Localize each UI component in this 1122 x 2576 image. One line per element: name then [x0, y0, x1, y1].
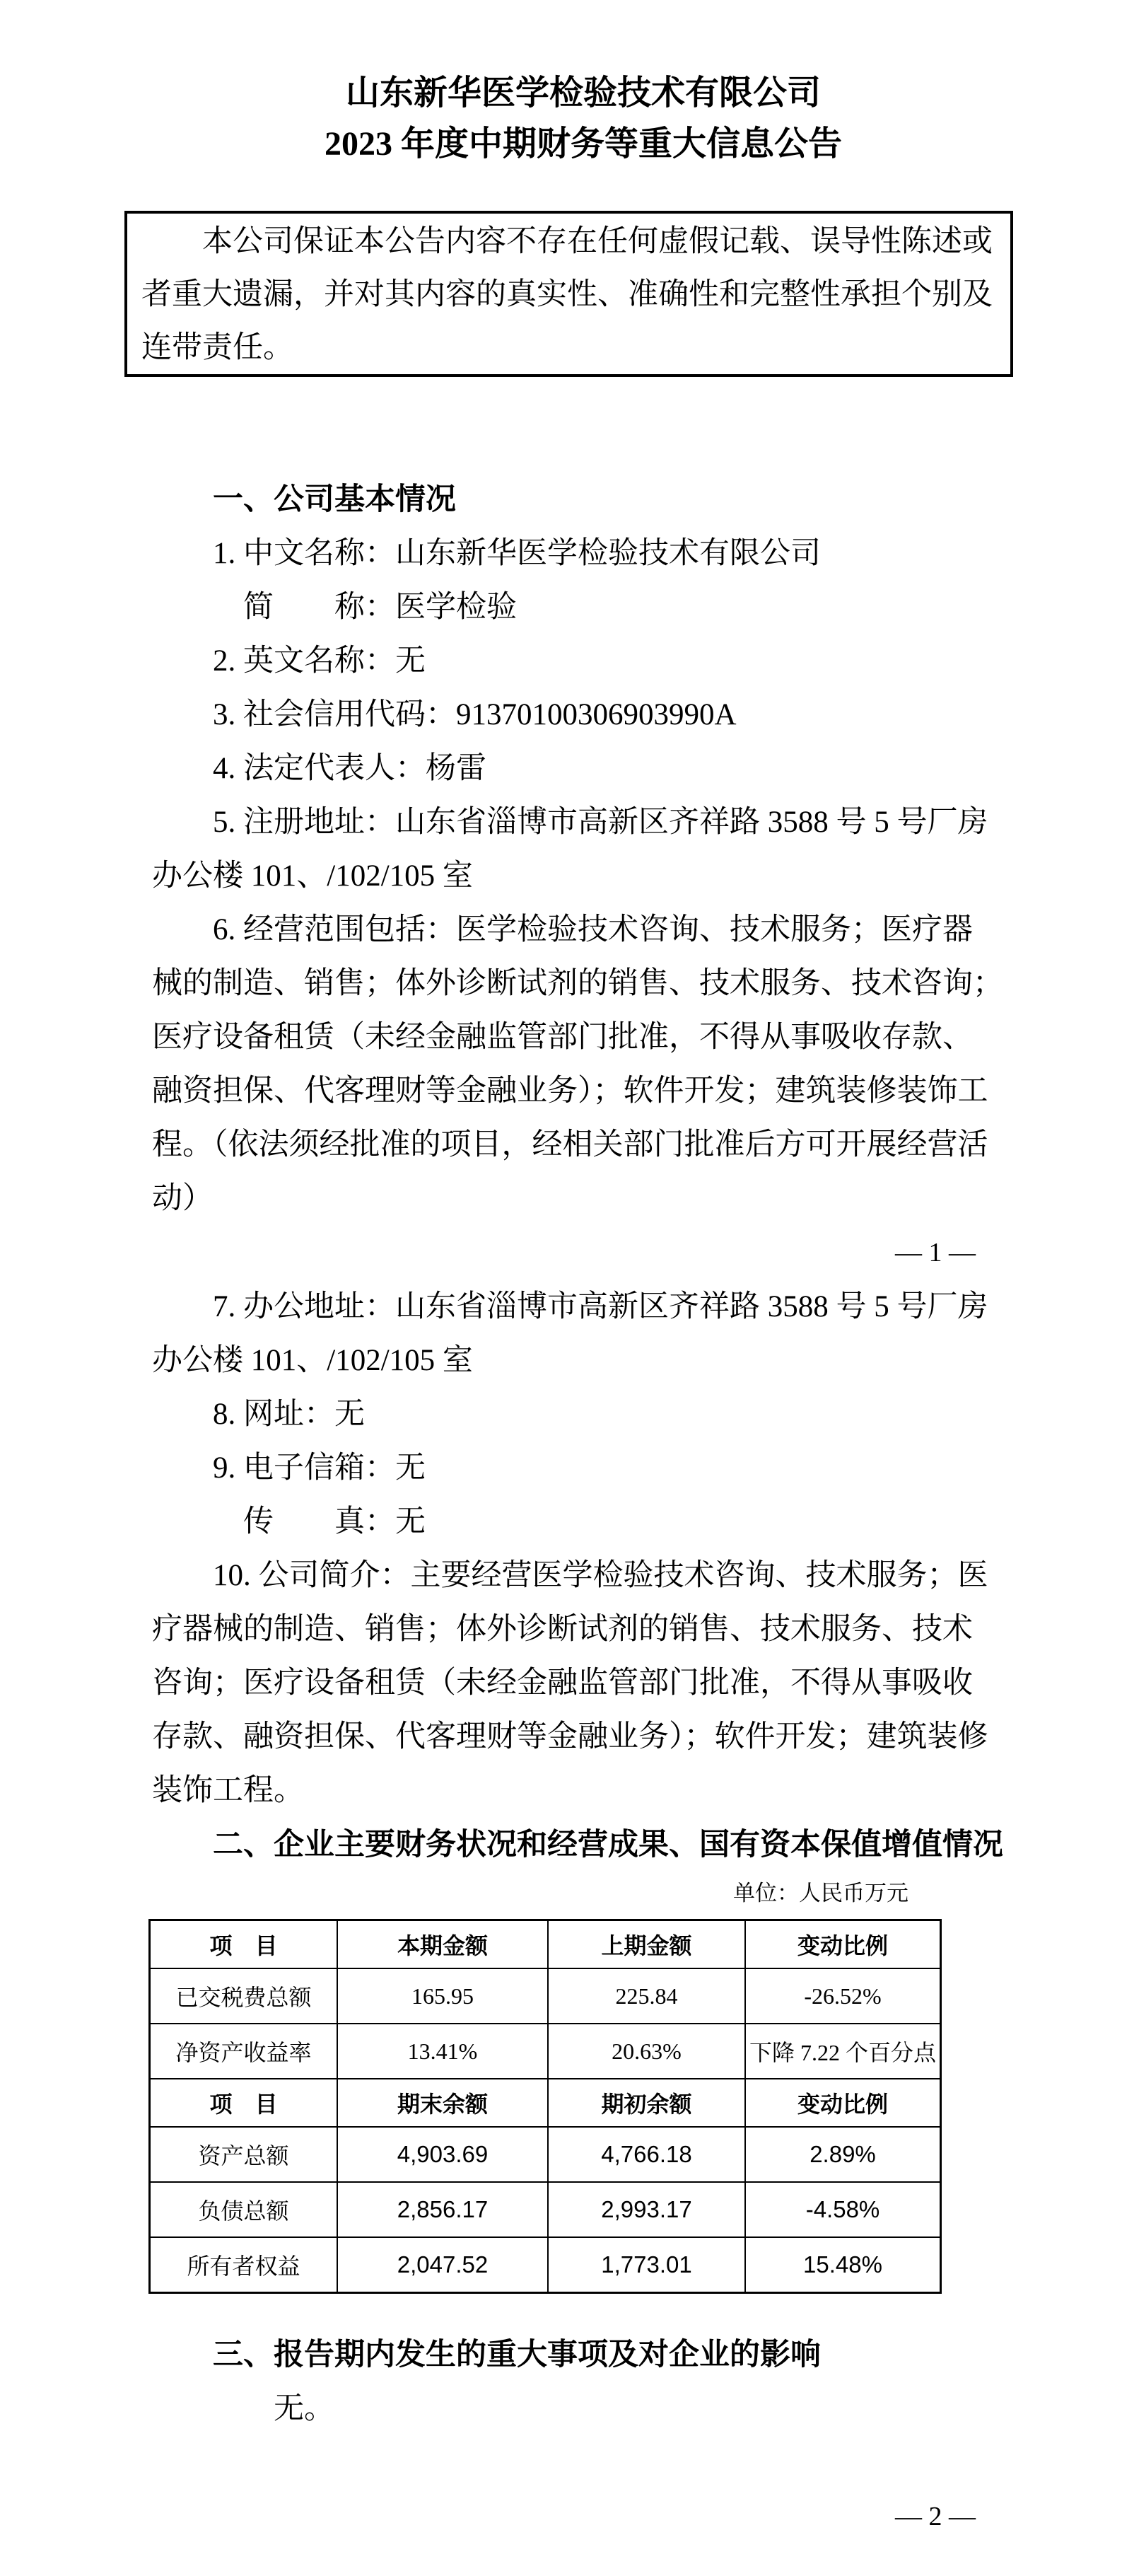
document-content: 山东新华医学检验技术有限公司 2023 年度中期财务等重大信息公告 本公司保证本…: [0, 0, 1122, 2544]
disclaimer-box: 本公司保证本公告内容不存在任何虚假记载、误导性陈述或者重大遗漏，并对其内容的真实…: [124, 211, 1013, 377]
table-cell: -4.58%: [744, 2183, 940, 2236]
text-line: 办公楼 101、/102/105 室: [152, 849, 1015, 903]
table-cell: 本期金额: [337, 1921, 547, 1968]
table-cell: -26.52%: [744, 1969, 940, 2023]
table-row: 项 目期末余额期初余额变动比例: [151, 2078, 940, 2126]
table-row: 负债总额2,856.172,993.17-4.58%: [151, 2181, 940, 2236]
text-line: 3. 社会信用代码：91370100306903990A: [152, 688, 1015, 742]
text-line: 械的制造、销售；体外诊断试剂的销售、技术服务、技术咨询；: [152, 957, 1015, 1011]
document-page: 山东新华医学检验技术有限公司 2023 年度中期财务等重大信息公告 本公司保证本…: [0, 0, 1122, 2576]
table-row: 已交税费总额165.95225.84-26.52%: [151, 1968, 940, 2023]
table-row: 资产总额4,903.694,766.182.89%: [151, 2126, 940, 2181]
text-line: 7. 办公地址：山东省淄博市高新区齐祥路 3588 号 5 号厂房: [152, 1280, 1015, 1334]
table-cell: 期初余额: [547, 2079, 744, 2126]
text-line: 简 称：医学检验: [152, 581, 1015, 634]
table-cell: 4,766.18: [547, 2128, 744, 2181]
disclaimer-line: 本公司保证本公告内容不存在任何虚假记载、误导性陈述或: [141, 215, 996, 268]
text-line: 办公楼 101、/102/105 室: [152, 1334, 1015, 1388]
table-row: 所有者权益2,047.521,773.0115.48%: [151, 2236, 940, 2292]
text-line: 8. 网址：无: [152, 1388, 1015, 1441]
section3-body-line: 无。: [152, 2382, 1015, 2436]
text-line: 2. 英文名称：无: [152, 634, 1015, 688]
disclaimer-line: 者重大遗漏，并对其内容的真实性、准确性和完整性承担个别及: [141, 268, 996, 321]
text-line: 1. 中文名称：山东新华医学检验技术有限公司: [152, 527, 1015, 581]
table-cell: 变动比例: [744, 1921, 940, 1968]
section1-heading: 一、公司基本情况: [152, 472, 1015, 527]
text-line: 5. 注册地址：山东省淄博市高新区齐祥路 3588 号 5 号厂房: [152, 796, 1015, 849]
text-line: 咨询；医疗设备租赁（未经金融监管部门批准，不得从事吸收: [152, 1657, 1015, 1710]
page-2-marker: — 2 —: [152, 2490, 1015, 2544]
table-cell: 所有者权益: [151, 2238, 337, 2292]
text-line: 疗器械的制造、销售；体外诊断试剂的销售、技术服务、技术: [152, 1603, 1015, 1657]
table-cell: 上期金额: [547, 1921, 744, 1968]
section1-lines-part1: 1. 中文名称：山东新华医学检验技术有限公司简 称：医学检验2. 英文名称：无3…: [152, 527, 1015, 1226]
table-cell: 2.89%: [744, 2128, 940, 2181]
table-cell: 165.95: [337, 1969, 547, 2023]
financial-table: 项 目本期金额上期金额变动比例已交税费总额165.95225.84-26.52%…: [148, 1919, 942, 2294]
table-cell: 15.48%: [744, 2238, 940, 2292]
text-line: 程。（依法须经批准的项目，经相关部门批准后方可开展经营活: [152, 1118, 1015, 1172]
table-cell: 4,903.69: [337, 2128, 547, 2181]
doc-title-line1: 山东新华医学检验技术有限公司: [152, 68, 1015, 119]
table-cell: 资产总额: [151, 2128, 337, 2181]
table-cell: 负债总额: [151, 2183, 337, 2236]
page-1-marker: — 1 —: [152, 1226, 1015, 1280]
text-line: 融资担保、代客理财等金融业务）；软件开发；建筑装修装饰工: [152, 1064, 1015, 1118]
text-line: 9. 电子信箱：无: [152, 1441, 1015, 1495]
doc-title-line2: 2023 年度中期财务等重大信息公告: [152, 119, 1015, 170]
disclaimer-line: 连带责任。: [141, 321, 996, 374]
table-cell: 期末余额: [337, 2079, 547, 2126]
text-line: 存款、融资担保、代客理财等金融业务）；软件开发；建筑装修: [152, 1710, 1015, 1764]
text-line: 医疗设备租赁（未经金融监管部门批准，不得从事吸收存款、: [152, 1011, 1015, 1064]
table-cell: 1,773.01: [547, 2238, 744, 2292]
table-cell: 项 目: [151, 1921, 337, 1968]
table-cell: 2,856.17: [337, 2183, 547, 2236]
table-row: 项 目本期金额上期金额变动比例: [151, 1921, 940, 1968]
section2-heading: 二、企业主要财务状况和经营成果、国有资本保值增值情况: [152, 1818, 1015, 1872]
text-line: 4. 法定代表人：杨雷: [152, 742, 1015, 796]
text-line: 传 真：无: [152, 1495, 1015, 1549]
table-cell: 2,047.52: [337, 2238, 547, 2292]
table-cell: 下降 7.22 个百分点: [744, 2024, 940, 2078]
section3-heading: 三、报告期内发生的重大事项及对企业的影响: [152, 2328, 1015, 2382]
text-line: 10. 公司简介：主要经营医学检验技术咨询、技术服务；医: [152, 1549, 1015, 1603]
section1-lines-part2: 7. 办公地址：山东省淄博市高新区齐祥路 3588 号 5 号厂房办公楼 101…: [152, 1280, 1015, 1818]
unit-note: 单位：人民币万元: [152, 1872, 1015, 1915]
table-cell: 2,993.17: [547, 2183, 744, 2236]
table-cell: 225.84: [547, 1969, 744, 2023]
table-cell: 项 目: [151, 2079, 337, 2126]
table-cell: 净资产收益率: [151, 2024, 337, 2078]
text-line: 6. 经营范围包括：医学检验技术咨询、技术服务；医疗器: [152, 903, 1015, 957]
table-row: 净资产收益率13.41%20.63%下降 7.22 个百分点: [151, 2023, 940, 2078]
table-cell: 13.41%: [337, 2024, 547, 2078]
text-line: 动）: [152, 1172, 1015, 1226]
text-line: 装饰工程。: [152, 1764, 1015, 1818]
table-cell: 20.63%: [547, 2024, 744, 2078]
table-cell: 变动比例: [744, 2079, 940, 2126]
table-cell: 已交税费总额: [151, 1969, 337, 2023]
